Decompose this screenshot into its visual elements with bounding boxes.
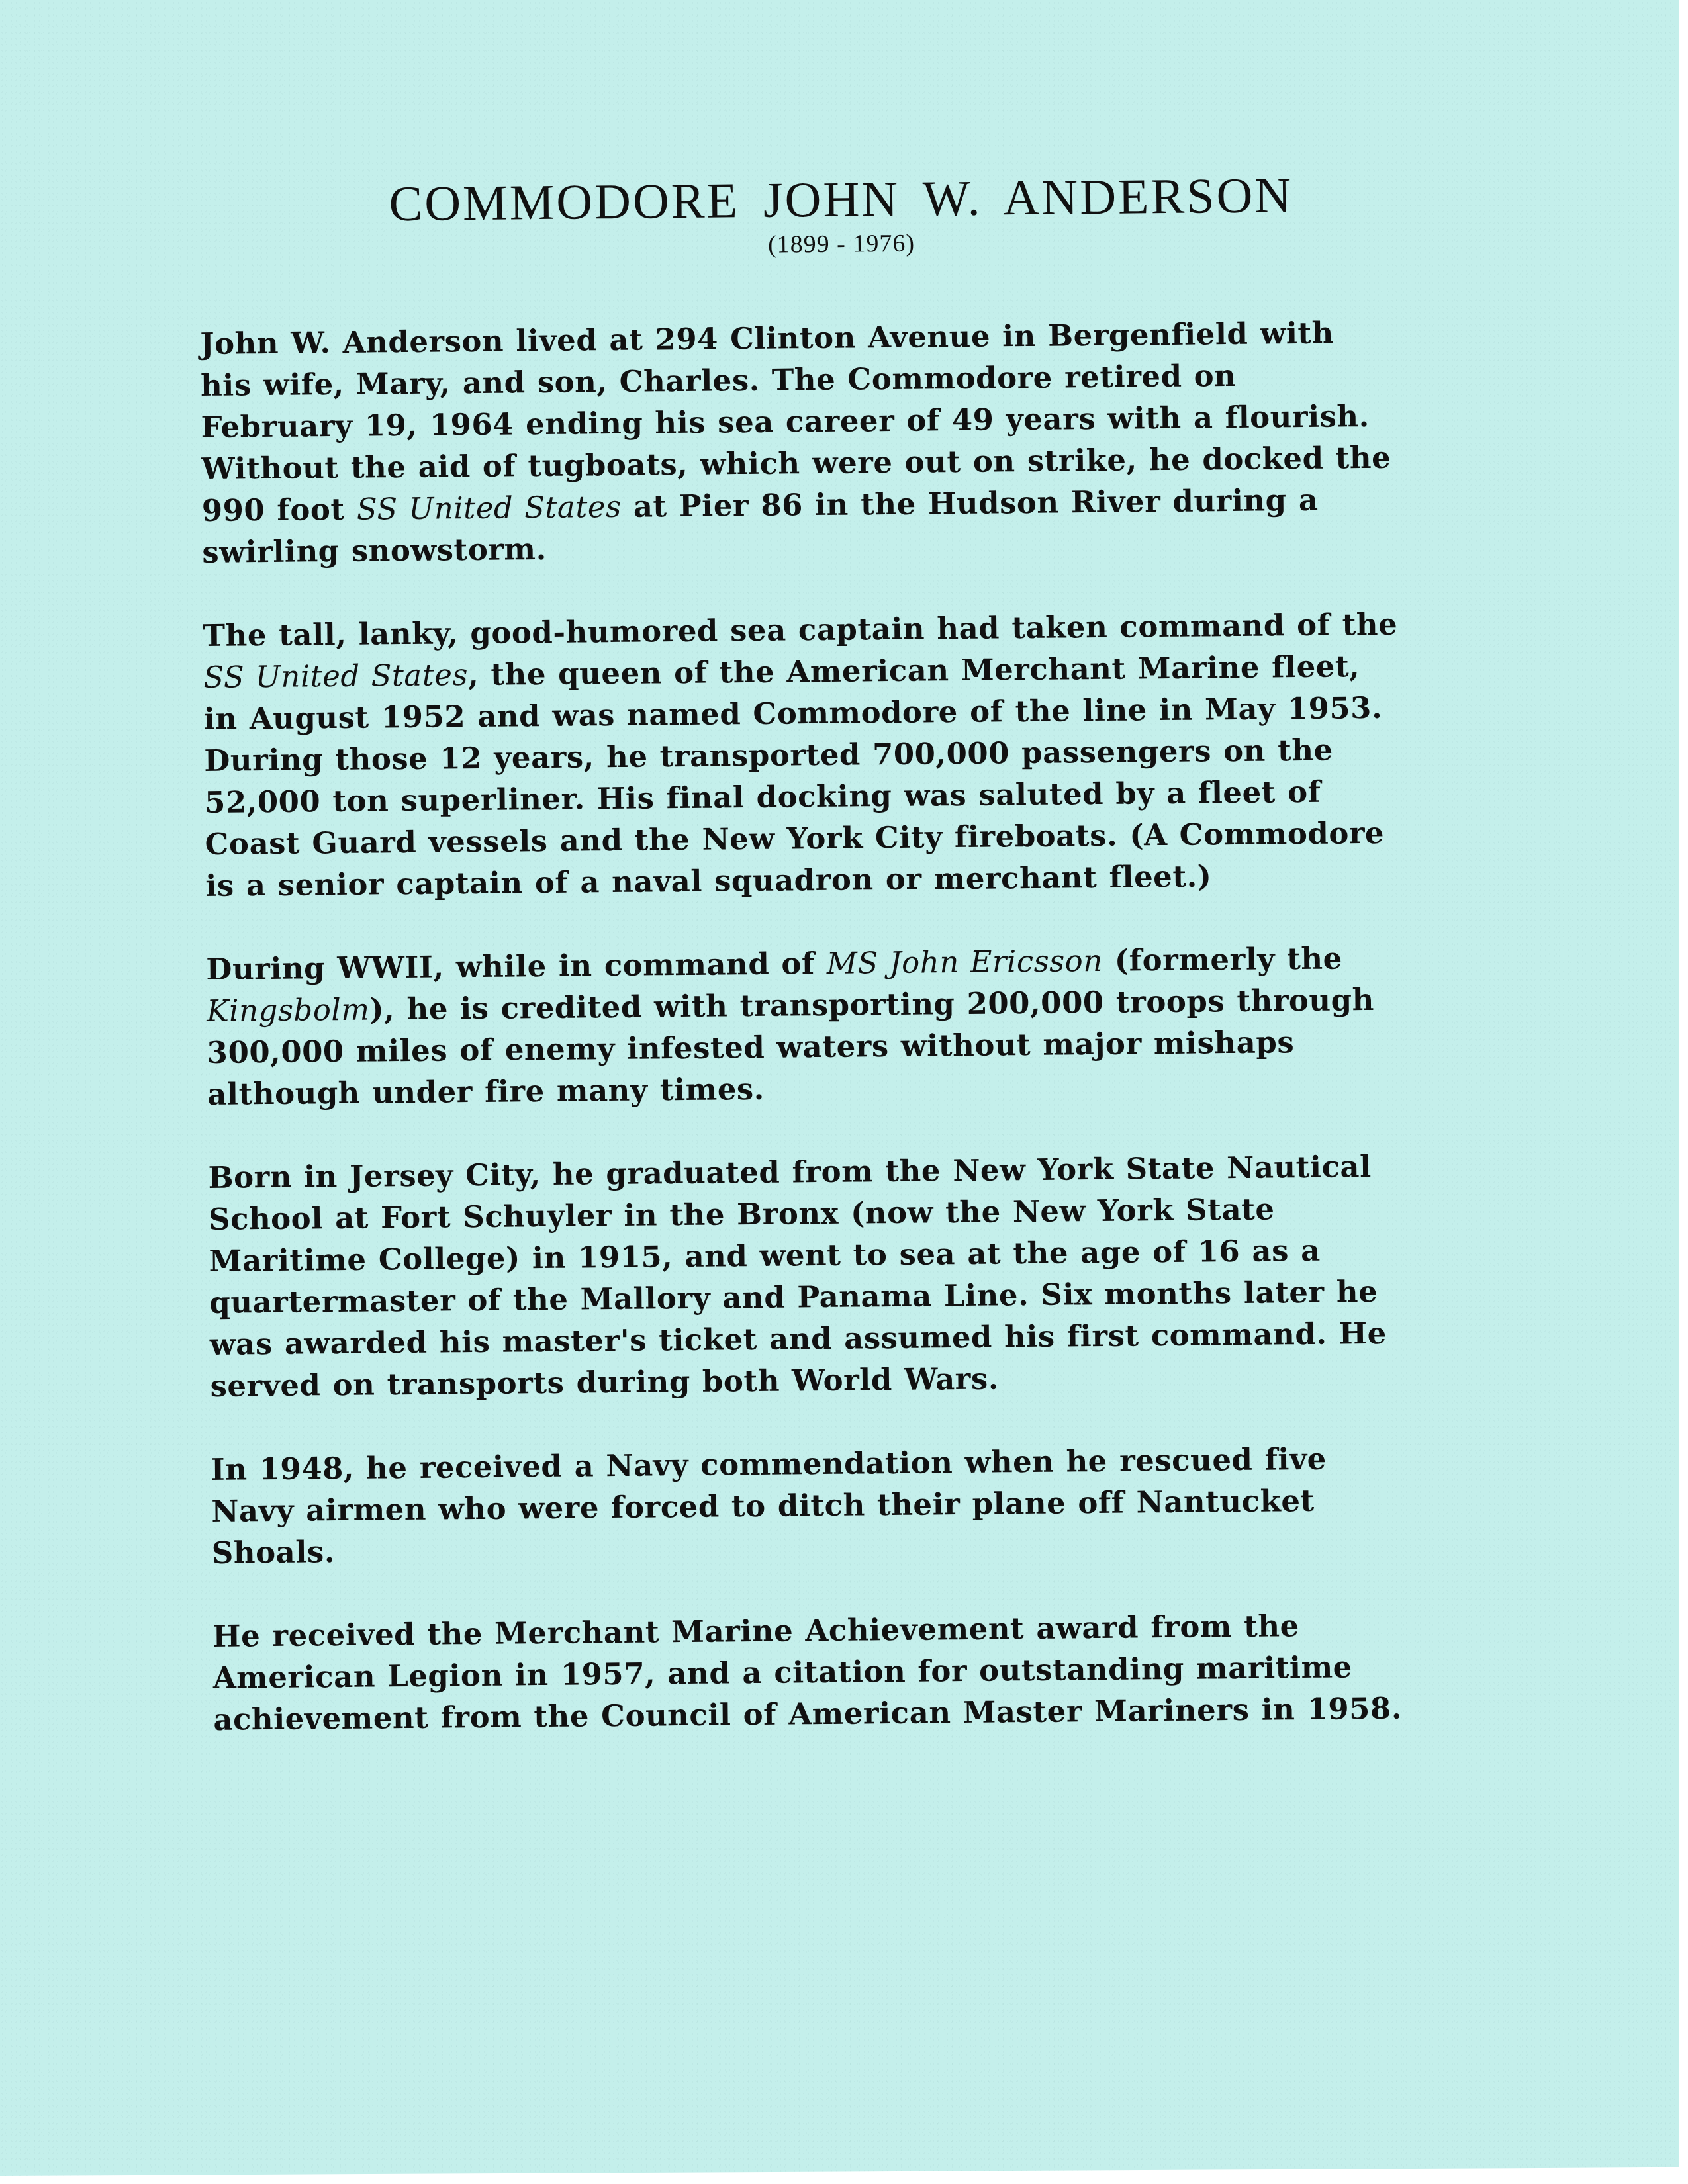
paragraph: John W. Anderson lived at 294 Clinton Av… [200,310,1520,572]
paragraph: During WWII, while in command of MS John… [206,935,1524,1115]
text-run: swirling snowstorm. [202,531,547,570]
paragraph: Born in Jersey City, he graduated from t… [208,1144,1528,1406]
text-run: , the queen of the American Merchant Mar… [468,649,1360,692]
text-run: (formerly the [1102,940,1342,978]
text-run: Born in Jersey City, he graduated from t… [208,1149,1372,1195]
page-title: COMMODORE JOHN W. ANDERSON [212,167,1470,234]
text-run: 300,000 miles of enemy infested waters w… [207,1024,1294,1070]
text-run: School at Fort Schuyler in the Bronx (no… [209,1191,1275,1236]
paragraph: In 1948, he received a Navy commendation… [211,1435,1529,1573]
text-run: 990 foot [202,491,357,527]
ship-name: Kingsbolm [207,991,370,1028]
text-run: his wife, Mary, and son, Charles. The Co… [201,358,1237,403]
text-run: is a senior captain of a naval squadron … [205,858,1212,903]
text-run: John W. Anderson lived at 294 Clinton Av… [200,315,1334,361]
text-run: ), he is credited with transporting 200,… [369,982,1374,1027]
page-content: COMMODORE JOHN W. ANDERSON (1899 - 1976)… [199,166,1531,1782]
text-run: The tall, lanky, good-humored sea captai… [203,606,1397,653]
text-run: Maritime College) in 1915, and went to s… [209,1232,1321,1278]
biography-body: John W. Anderson lived at 294 Clinton Av… [200,310,1530,1740]
text-run: American Legion in 1957, and a citation … [212,1649,1352,1696]
paragraph: The tall, lanky, good-humored sea captai… [203,602,1523,906]
text-run: in August 1952 and was named Commodore o… [204,690,1383,736]
text-run: although under fire many times. [207,1071,765,1111]
text-run: February 19, 1964 ending his sea career … [201,398,1370,445]
text-run: In 1948, he received a Navy commendation… [211,1441,1327,1486]
text-run: During those 12 years, he transported 70… [204,732,1333,778]
text-run: Coast Guard vessels and the New York Cit… [205,815,1384,861]
ship-name: SS United States [356,488,621,526]
text-run: achievement from the Council of American… [213,1690,1402,1737]
text-run: quartermaster of the Mallory and Panama … [209,1274,1378,1320]
scanned-page: COMMODORE JOHN W. ANDERSON (1899 - 1976)… [0,0,1679,2176]
title-block: COMMODORE JOHN W. ANDERSON (1899 - 1976) [212,167,1470,265]
ship-name: MS John Ericsson [827,943,1103,981]
text-run: was awarded his master's ticket and assu… [210,1315,1387,1361]
text-run: at Pier 86 in the Hudson River during a [621,482,1318,523]
text-run: served on transports during both World W… [210,1361,999,1403]
text-run: Without the aid of tugboats, which were … [201,439,1391,486]
paragraph: He received the Merchant Marine Achievem… [212,1602,1531,1740]
ship-name: SS United States [203,657,468,695]
text-run: During WWII, while in command of [206,946,827,987]
text-run: Shoals. [212,1534,335,1570]
text-run: He received the Merchant Marine Achievem… [212,1608,1299,1654]
text-run: 52,000 ton superliner. His final docking… [205,774,1321,819]
text-run: Navy airmen who were forced to ditch the… [211,1483,1315,1529]
